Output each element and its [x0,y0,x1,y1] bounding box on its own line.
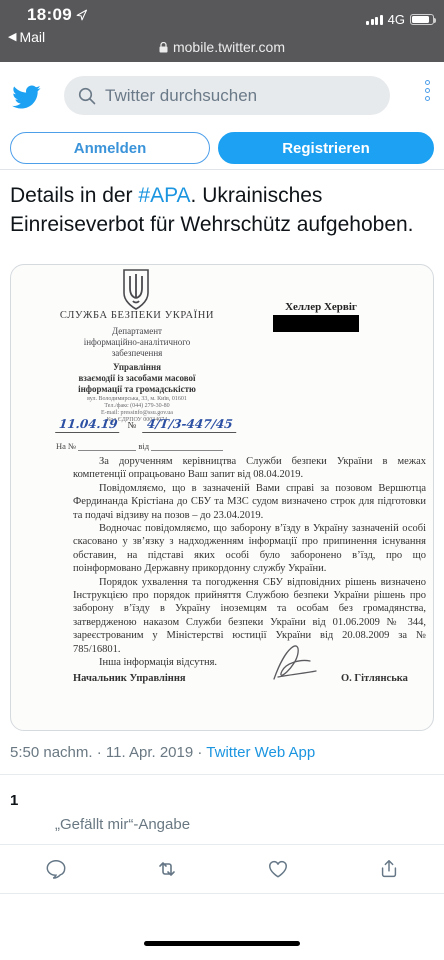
ref-blank [78,443,136,451]
dept-line: Департамент [112,326,162,336]
number-sign-label: № [127,420,136,430]
ref-label: На № [56,441,76,451]
search-bar[interactable] [64,76,390,115]
handwritten-date: 11.04.19 [55,417,121,433]
document-paragraph: Інша інформація відсутня. [73,656,426,669]
search-input[interactable] [105,86,376,106]
address-line: Тел./факс (044) 279-30-80 [104,403,169,409]
meta-separator: · [197,744,202,761]
handwritten-number: 4/Т/3-447/45 [142,417,237,433]
tweet-source-link[interactable]: Twitter Web App [206,744,315,761]
document-body: За дорученням керівництва Служби безпеки… [73,455,426,670]
document-reference-line: На № від [56,441,223,451]
unit-line: інформації та громадськістю [78,384,196,394]
status-bar: 18:09 ◀ Mail 4G mobile.twitter.com [0,0,444,62]
status-time: 18:09 [27,5,72,25]
unit-line: Управління [113,362,161,372]
more-menu-icon[interactable] [425,80,430,101]
like-count[interactable]: 1 [10,792,18,809]
document-paragraph: Повідомляємо, що в зазначеній Вами справ… [73,482,426,522]
twitter-header: Anmelden Registrieren [0,62,444,170]
page: 18:09 ◀ Mail 4G mobile.twitter.com Anmel… [0,0,444,960]
meta-separator: · [97,744,102,761]
signer-name: О. Гітлянська [341,673,408,684]
redaction-bar [273,315,359,332]
home-indicator[interactable] [144,941,300,946]
signup-button[interactable]: Registrieren [218,132,434,164]
tweet-date: 11. Apr. 2019 [106,744,193,761]
ref-from-label: від [138,441,149,451]
document-paragraph: За дорученням керівництва Служби безпеки… [73,455,426,482]
like-count-label[interactable]: „Gefällt mir“-Angabe [55,816,190,833]
search-icon [78,87,96,105]
retweet-button[interactable] [111,845,222,893]
address-line: E-mail: pressinfo@ssu.gov.ua [101,410,173,416]
network-type: 4G [388,12,405,27]
share-icon [378,858,400,880]
dept-line: забезпечення [112,348,163,358]
tweet-meta: 5:50 nachm. · 11. Apr. 2019 · Twitter We… [10,744,315,761]
divider [0,774,444,775]
url-text: mobile.twitter.com [173,39,285,55]
ukraine-trident-emblem-icon [120,268,152,312]
dept-line: інформаційно-аналітичного [84,337,191,347]
login-button[interactable]: Anmelden [10,132,210,164]
document-org-name: СЛУЖБА БЕЗПЕКИ УКРАЇНИ [34,310,240,321]
signature-icon [266,637,326,693]
document-date-number-line: 11.04.19 № 4/Т/3-447/45 [56,417,286,433]
status-indicators: 4G [366,12,434,27]
document-paragraph: Водночас повідомляємо, що заборону в’їзд… [73,522,426,576]
share-button[interactable] [333,845,444,893]
document-paragraph: Порядок ухвалення та погодження СБУ відп… [73,576,426,656]
tweet-text-before: Details in der [10,184,138,207]
lock-icon [159,42,168,53]
hashtag-link[interactable]: #APA [138,184,190,207]
reply-button[interactable] [0,845,111,893]
address-line: вул. Володимирська, 33, м. Київ, 01601 [87,396,187,402]
signal-strength-icon [366,15,383,25]
clock: 18:09 [27,5,88,25]
ref-from-blank [151,443,223,451]
retweet-icon [155,858,179,880]
reply-icon [45,858,67,880]
tweet-text: Details in der #APA. Ukrainisches Einrei… [10,181,434,239]
signer-title: Начальник Управління [73,673,186,684]
tweet-action-bar [0,845,444,894]
location-arrow-icon [76,9,88,21]
unit-line: взаємодії із засобами масової [78,373,195,383]
twitter-logo-icon[interactable] [11,82,41,112]
like-button[interactable] [222,845,333,893]
document-recipient: Хеллер Хервіг [261,301,381,313]
heart-icon [267,858,289,880]
tweet-time: 5:50 nachm. [10,744,93,761]
document-department: Департамент інформаційно-аналітичного за… [34,326,240,359]
address-bar[interactable]: mobile.twitter.com [0,39,444,55]
document-unit: Управління взаємодії із засобами масової… [34,362,240,395]
tweet-image-document[interactable]: СЛУЖБА БЕЗПЕКИ УКРАЇНИ Департамент інфор… [10,264,434,731]
battery-icon [410,14,434,25]
